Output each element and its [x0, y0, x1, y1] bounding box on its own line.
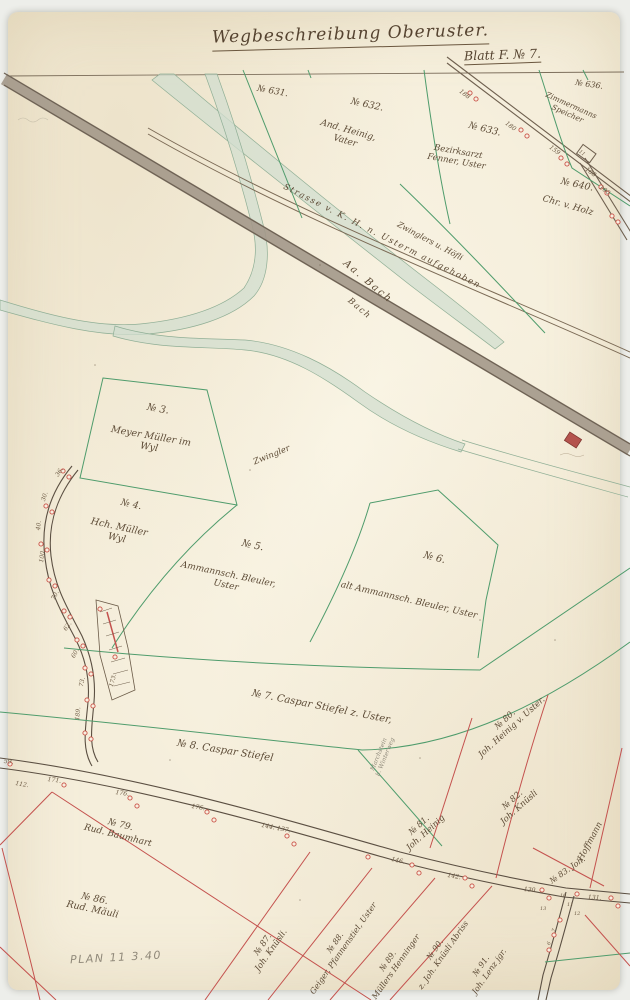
sheet-number: Blatt F. № 7.: [464, 46, 542, 66]
scanned-map-sheet: Wegbeschreibung Oberuster. Blatt F. № 7.…: [0, 0, 630, 1000]
paper-background: [8, 12, 620, 990]
